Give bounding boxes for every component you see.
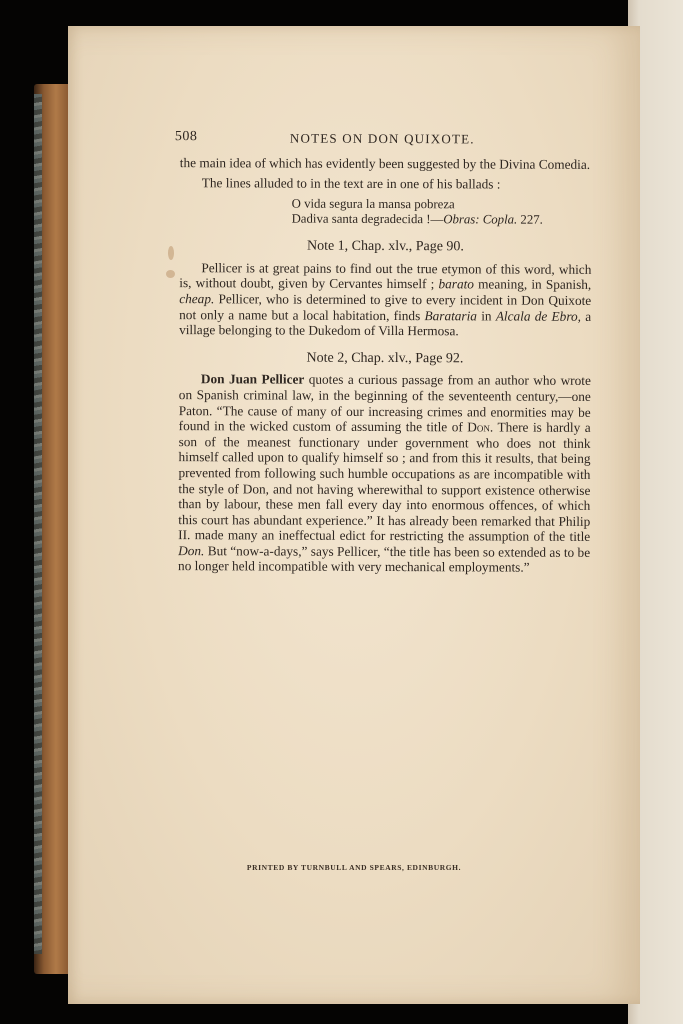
page-number: 508 <box>175 129 198 145</box>
marbled-edge <box>34 94 42 954</box>
printer-imprint: PRINTED BY TURNBULL AND SPEARS, EDINBURG… <box>68 863 640 872</box>
page-text: 508 NOTES ON DON QUIXOTE. the main idea … <box>178 129 592 576</box>
book-page: 508 NOTES ON DON QUIXOTE. the main idea … <box>68 26 640 1004</box>
verse-quote: O vida segura la mansa pobreza Dadiva sa… <box>292 197 592 228</box>
foxing-stain <box>168 246 174 260</box>
verse-line-2: Dadiva santa degradecida !—Obras: Copla.… <box>292 212 592 228</box>
running-title: NOTES ON DON QUIXOTE. <box>290 131 475 147</box>
note-heading-1: Note 1, Chap. xlv., Page 90. <box>179 238 591 255</box>
verse-line-1: O vida segura la mansa pobreza <box>292 197 592 213</box>
running-head: 508 NOTES ON DON QUIXOTE. <box>180 129 592 157</box>
note-heading-2: Note 2, Chap. xlv., Page 92. <box>179 350 591 367</box>
verse-source: Obras: Copla. <box>443 212 517 226</box>
note-1-body: Pellicer is at great pains to find out t… <box>179 260 591 340</box>
note-2-body: Don Juan Pellicer quotes a curious passa… <box>178 371 591 576</box>
ballad-intro: The lines alluded to in the text are in … <box>180 175 592 192</box>
continuation-paragraph: the main idea of which has evidently bee… <box>180 155 592 172</box>
foxing-stain <box>166 270 175 278</box>
